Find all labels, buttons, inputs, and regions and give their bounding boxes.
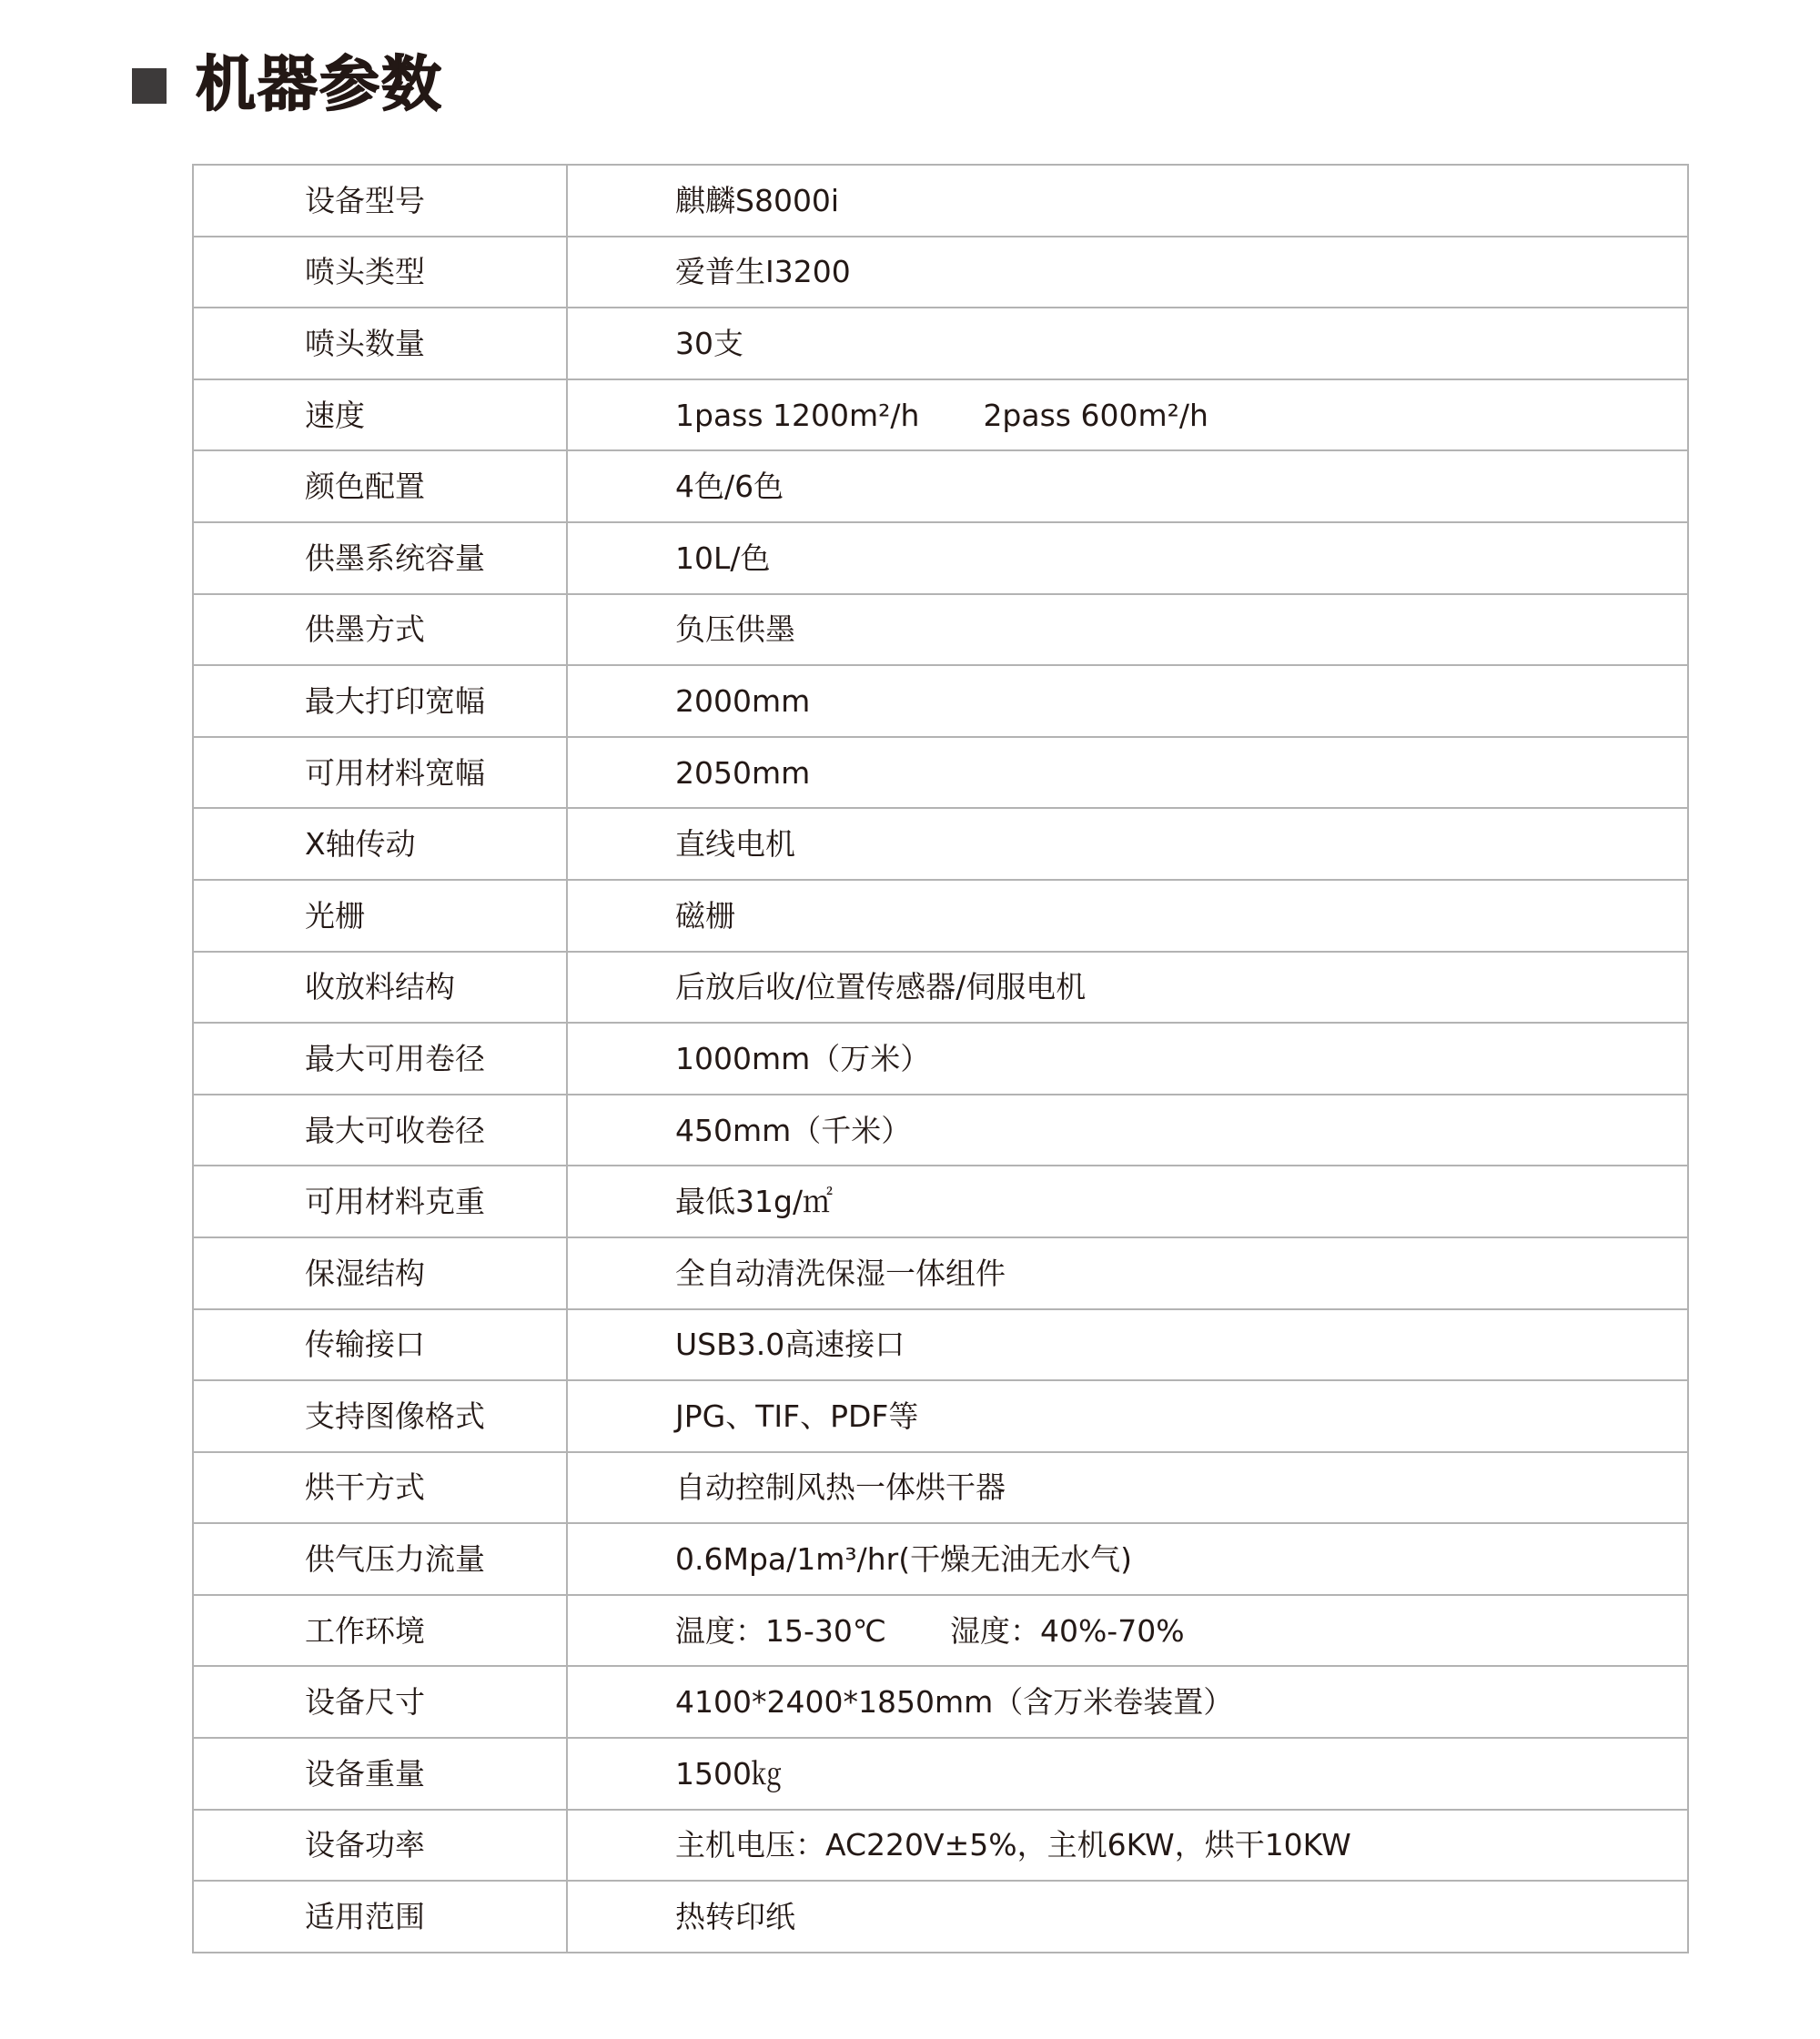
table-row: 最大可收卷径450mm（千米） <box>193 1095 1688 1166</box>
spec-value: 全自动清洗保湿一体组件 <box>675 1256 1006 1291</box>
spec-label: 传输接口 <box>193 1309 567 1381</box>
spec-value-cell: 磁栅 <box>567 880 1688 952</box>
spec-label: 最大可用卷径 <box>193 1023 567 1095</box>
table-row: 保湿结构全自动清洗保湿一体组件 <box>193 1237 1688 1309</box>
spec-label: 供墨系统容量 <box>193 522 567 594</box>
spec-value-cell: 4100*2400*1850mm（含万米卷装置） <box>567 1666 1688 1738</box>
table-row: 颜色配置4色/6色 <box>193 450 1688 522</box>
spec-label: 适用范围 <box>193 1881 567 1953</box>
spec-label: 保湿结构 <box>193 1237 567 1309</box>
spec-value: 直线电机 <box>675 826 795 862</box>
spec-value: 450mm（千米） <box>675 1113 911 1148</box>
spec-value-secondary: 2pass 600m²/h <box>983 398 1208 433</box>
table-row: 喷头数量30支 <box>193 308 1688 379</box>
spec-label: 烘干方式 <box>193 1452 567 1524</box>
table-row: 适用范围热转印纸 <box>193 1881 1688 1953</box>
table-row: 光栅磁栅 <box>193 880 1688 952</box>
spec-value-cell: 直线电机 <box>567 808 1688 880</box>
page-title: 机器参数 <box>196 55 443 115</box>
spec-label: 可用材料克重 <box>193 1166 567 1237</box>
spec-table-body: 设备型号麒麟S8000i喷头类型爱普生I3200喷头数量30支速度1pass 1… <box>193 165 1688 1953</box>
spec-label: 供气压力流量 <box>193 1523 567 1595</box>
spec-label: 可用材料宽幅 <box>193 737 567 809</box>
table-row: 烘干方式自动控制风热一体烘干器 <box>193 1452 1688 1524</box>
table-row: 设备尺寸4100*2400*1850mm（含万米卷装置） <box>193 1666 1688 1738</box>
spec-value-secondary: 湿度：40%-70% <box>950 1613 1185 1649</box>
spec-value-cell: 全自动清洗保湿一体组件 <box>567 1237 1688 1309</box>
spec-value-cell: 热转印纸 <box>567 1881 1688 1953</box>
spec-value-cell: 负压供墨 <box>567 594 1688 666</box>
spec-value-cell: 2050mm <box>567 737 1688 809</box>
table-row: 供墨方式负压供墨 <box>193 594 1688 666</box>
spec-value: 1500㎏ <box>675 1756 782 1792</box>
spec-label: X轴传动 <box>193 808 567 880</box>
spec-value: 2050mm <box>675 755 810 791</box>
spec-value: 4色/6色 <box>675 469 784 504</box>
spec-label: 设备功率 <box>193 1810 567 1882</box>
spec-value-cell: 2000mm <box>567 665 1688 737</box>
spec-label: 速度 <box>193 379 567 451</box>
table-row: 速度1pass 1200m²/h2pass 600m²/h <box>193 379 1688 451</box>
spec-value: 爱普生I3200 <box>675 254 851 289</box>
spec-table: 设备型号麒麟S8000i喷头类型爱普生I3200喷头数量30支速度1pass 1… <box>192 164 1689 1953</box>
spec-label: 支持图像格式 <box>193 1380 567 1452</box>
spec-label: 喷头类型 <box>193 237 567 308</box>
spec-value-cell: 30支 <box>567 308 1688 379</box>
spec-value-cell: USB3.0高速接口 <box>567 1309 1688 1381</box>
spec-value-cell: 温度：15-30℃湿度：40%-70% <box>567 1595 1688 1667</box>
table-row: 设备型号麒麟S8000i <box>193 165 1688 237</box>
spec-value: JPG、TIF、PDF等 <box>675 1398 918 1434</box>
table-row: 工作环境温度：15-30℃湿度：40%-70% <box>193 1595 1688 1667</box>
spec-value: 1000mm（万米） <box>675 1041 930 1076</box>
spec-value: 10L/色 <box>675 540 771 576</box>
spec-value: 热转印纸 <box>675 1899 795 1934</box>
spec-value-cell: 自动控制风热一体烘干器 <box>567 1452 1688 1524</box>
spec-value-cell: 麒麟S8000i <box>567 165 1688 237</box>
spec-label: 喷头数量 <box>193 308 567 379</box>
spec-value: 0.6Mpa/1m³/hr(干燥无油无水气) <box>675 1541 1132 1577</box>
spec-value-cell: 最低31g/㎡ <box>567 1166 1688 1237</box>
spec-value: 麒麟S8000i <box>675 183 839 218</box>
spec-value-cell: 主机电压：AC220V±5%，主机6KW，烘干10KW <box>567 1810 1688 1882</box>
spec-value: 1pass 1200m²/h <box>675 398 919 433</box>
spec-value-cell: 爱普生I3200 <box>567 237 1688 308</box>
spec-label: 设备型号 <box>193 165 567 237</box>
spec-value-cell: 后放后收/位置传感器/伺服电机 <box>567 952 1688 1024</box>
spec-value-cell: 4色/6色 <box>567 450 1688 522</box>
spec-value-cell: JPG、TIF、PDF等 <box>567 1380 1688 1452</box>
table-row: 喷头类型爱普生I3200 <box>193 237 1688 308</box>
spec-value: 负压供墨 <box>675 611 795 647</box>
spec-value-cell: 1000mm（万米） <box>567 1023 1688 1095</box>
table-row: 最大可用卷径1000mm（万米） <box>193 1023 1688 1095</box>
spec-value: 温度：15-30℃ <box>675 1613 886 1649</box>
spec-value: 自动控制风热一体烘干器 <box>675 1469 1006 1505</box>
spec-value-cell: 1pass 1200m²/h2pass 600m²/h <box>567 379 1688 451</box>
spec-label: 光栅 <box>193 880 567 952</box>
spec-value: 磁栅 <box>675 898 735 934</box>
table-row: 设备功率主机电压：AC220V±5%，主机6KW，烘干10KW <box>193 1810 1688 1882</box>
spec-label: 设备尺寸 <box>193 1666 567 1738</box>
spec-value-cell: 0.6Mpa/1m³/hr(干燥无油无水气) <box>567 1523 1688 1595</box>
square-bullet-icon <box>132 68 167 104</box>
spec-value: 30支 <box>675 326 743 361</box>
spec-value: 4100*2400*1850mm（含万米卷装置） <box>675 1684 1233 1720</box>
table-row: X轴传动直线电机 <box>193 808 1688 880</box>
spec-label: 收放料结构 <box>193 952 567 1024</box>
table-row: 供气压力流量0.6Mpa/1m³/hr(干燥无油无水气) <box>193 1523 1688 1595</box>
spec-value-cell: 10L/色 <box>567 522 1688 594</box>
spec-value: 后放后收/位置传感器/伺服电机 <box>675 969 1086 1004</box>
section-header: 机器参数 <box>132 45 443 124</box>
table-row: 供墨系统容量10L/色 <box>193 522 1688 594</box>
table-row: 可用材料克重最低31g/㎡ <box>193 1166 1688 1237</box>
spec-value-cell: 450mm（千米） <box>567 1095 1688 1166</box>
spec-value: USB3.0高速接口 <box>675 1327 905 1362</box>
spec-value: 主机电压：AC220V±5%，主机6KW，烘干10KW <box>675 1827 1351 1862</box>
table-row: 支持图像格式JPG、TIF、PDF等 <box>193 1380 1688 1452</box>
spec-label: 颜色配置 <box>193 450 567 522</box>
spec-label: 最大可收卷径 <box>193 1095 567 1166</box>
spec-label: 最大打印宽幅 <box>193 665 567 737</box>
table-row: 设备重量1500㎏ <box>193 1738 1688 1810</box>
spec-label: 设备重量 <box>193 1738 567 1810</box>
table-row: 最大打印宽幅2000mm <box>193 665 1688 737</box>
spec-value: 最低31g/㎡ <box>675 1184 833 1219</box>
table-row: 收放料结构后放后收/位置传感器/伺服电机 <box>193 952 1688 1024</box>
spec-value-cell: 1500㎏ <box>567 1738 1688 1810</box>
spec-value: 2000mm <box>675 683 810 719</box>
spec-label: 工作环境 <box>193 1595 567 1667</box>
spec-label: 供墨方式 <box>193 594 567 666</box>
table-row: 可用材料宽幅2050mm <box>193 737 1688 809</box>
table-row: 传输接口USB3.0高速接口 <box>193 1309 1688 1381</box>
